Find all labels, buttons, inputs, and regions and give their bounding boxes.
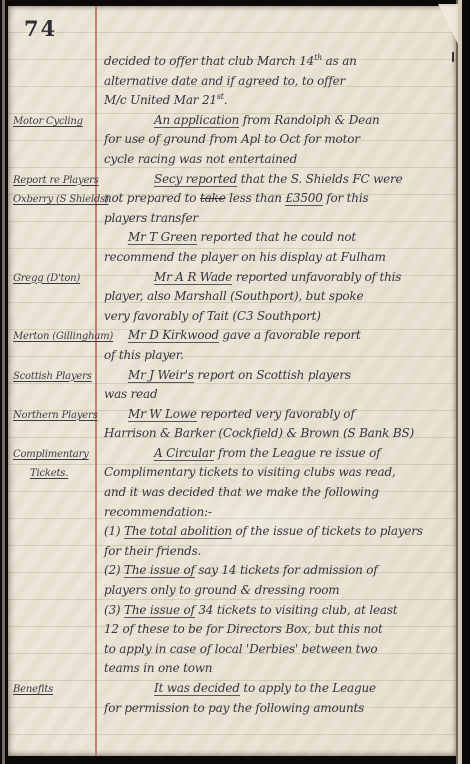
body-text: (1) The total abolition of the issue of … <box>104 522 452 542</box>
text-line: very favorably of Tait (C3 Southport) <box>8 307 452 327</box>
body-text: Mr J Weir's report on Scottish players <box>104 366 452 386</box>
text-line: Harrison & Barker (Cockfield) & Brown (S… <box>8 424 452 444</box>
body-text: and it was decided that we make the foll… <box>104 483 452 503</box>
body-text: teams in one town <box>104 659 452 679</box>
body-text: Mr W Lowe reported very favorably of <box>104 405 452 425</box>
body-text: (2) The issue of say 14 tickets for admi… <box>104 561 452 581</box>
body-text: Mr T Green reported that he could not <box>104 228 452 248</box>
body-text: Harrison & Barker (Cockfield) & Brown (S… <box>104 424 452 444</box>
body-text: recommendation:- <box>104 503 452 523</box>
text-line: Motor CyclingAn application from Randolp… <box>8 111 452 131</box>
text-line: recommend the player on his display at F… <box>8 248 452 268</box>
body-text: of this player. <box>104 346 452 366</box>
margin-note: Oxberry (S Shields) <box>13 190 109 210</box>
text-line: was read <box>8 385 452 405</box>
body-text: players only to ground & dressing room <box>104 581 452 601</box>
margin-note: Complimentary <box>13 445 89 465</box>
body-text: for use of ground from Apl to Oct for mo… <box>104 130 452 150</box>
body-text: Mr D Kirkwood gave a favorable report <box>104 326 452 346</box>
body-text: Secy reported that the S. Shields FC wer… <box>104 170 452 190</box>
text-line: (2) The issue of say 14 tickets for admi… <box>8 561 452 581</box>
margin-note: Scottish Players <box>13 367 92 387</box>
body-text: cycle racing was not entertained <box>104 150 452 170</box>
text-line: Gregg (D'ton)Mr A R Wade reported unfavo… <box>8 268 452 288</box>
body-text: alternative date and if agreed to, to of… <box>104 72 452 92</box>
text-line: Mr T Green reported that he could not <box>8 228 452 248</box>
body-text: player, also Marshall (Southport), but s… <box>104 287 452 307</box>
body-text: A Circular from the League re issue of <box>104 444 452 464</box>
text-line: players only to ground & dressing room <box>8 581 452 601</box>
text-line: Northern PlayersMr W Lowe reported very … <box>8 405 452 425</box>
body-text: It was decided to apply to the League <box>104 679 452 699</box>
text-line: (3) The issue of 34 tickets to visiting … <box>8 601 452 621</box>
margin-note: Gregg (D'ton) <box>13 269 80 289</box>
text-line: ComplimentaryA Circular from the League … <box>8 444 452 464</box>
text-line: for permission to pay the following amou… <box>8 699 452 719</box>
body-text: Complimentary tickets to visiting clubs … <box>104 463 452 483</box>
body-text: Mr A R Wade reported unfavorably of this <box>104 268 452 288</box>
text-line: Merton (Gillingham)Mr D Kirkwood gave a … <box>8 326 452 346</box>
text-line: BenefitsIt was decided to apply to the L… <box>8 679 452 699</box>
margin-note: Merton (Gillingham) <box>13 327 113 347</box>
edge-tick-mark <box>452 52 454 62</box>
body-text: was read <box>104 385 452 405</box>
body-text: 12 of these to be for Directors Box, but… <box>104 620 452 640</box>
body-text: to apply in case of local 'Derbies' betw… <box>104 640 452 660</box>
body-text: players transfer <box>104 209 452 229</box>
text-line: players transfer <box>8 209 452 229</box>
next-page-sliver <box>458 0 462 764</box>
text-line: cycle racing was not entertained <box>8 150 452 170</box>
text-line: of this player. <box>8 346 452 366</box>
text-line: recommendation:- <box>8 503 452 523</box>
body-text: An application from Randolph & Dean <box>104 111 452 131</box>
margin-note: Report re Players <box>13 171 99 191</box>
body-text: for their friends. <box>104 542 452 562</box>
text-line: to apply in case of local 'Derbies' betw… <box>8 640 452 660</box>
page-number: 74 <box>24 16 57 41</box>
content: decided to offer that club March 14th as… <box>8 52 452 718</box>
text-line: for their friends. <box>8 542 452 562</box>
margin-note: Tickets. <box>30 464 68 484</box>
text-line: Oxberry (S Shields)not prepared to take … <box>8 189 452 209</box>
body-text: not prepared to take less than £3500 for… <box>104 189 452 209</box>
body-text: very favorably of Tait (C3 Southport) <box>104 307 452 327</box>
text-line: Tickets.Complimentary tickets to visitin… <box>8 463 452 483</box>
text-line: 12 of these to be for Directors Box, but… <box>8 620 452 640</box>
ledger-page: 74 decided to offer that club March 14th… <box>8 6 456 756</box>
text-line: alternative date and if agreed to, to of… <box>8 72 452 92</box>
text-line: Scottish PlayersMr J Weir's report on Sc… <box>8 366 452 386</box>
text-line: for use of ground from Apl to Oct for mo… <box>8 130 452 150</box>
body-text: recommend the player on his display at F… <box>104 248 452 268</box>
body-text: decided to offer that club March 14th as… <box>104 52 452 72</box>
text-line: M/c United Mar 21st. <box>8 91 452 111</box>
text-line: (1) The total abolition of the issue of … <box>8 522 452 542</box>
body-text: for permission to pay the following amou… <box>104 699 452 719</box>
text-line: and it was decided that we make the foll… <box>8 483 452 503</box>
margin-note: Northern Players <box>13 406 98 426</box>
margin-note: Benefits <box>13 680 53 700</box>
book-binding-edge <box>2 0 5 764</box>
text-line: Report re PlayersSecy reported that the … <box>8 170 452 190</box>
text-line: decided to offer that club March 14th as… <box>8 52 452 72</box>
margin-note: Motor Cycling <box>13 112 83 132</box>
body-text: (3) The issue of 34 tickets to visiting … <box>104 601 452 621</box>
text-line: player, also Marshall (Southport), but s… <box>8 287 452 307</box>
body-text: M/c United Mar 21st. <box>104 91 452 111</box>
text-line: teams in one town <box>8 659 452 679</box>
